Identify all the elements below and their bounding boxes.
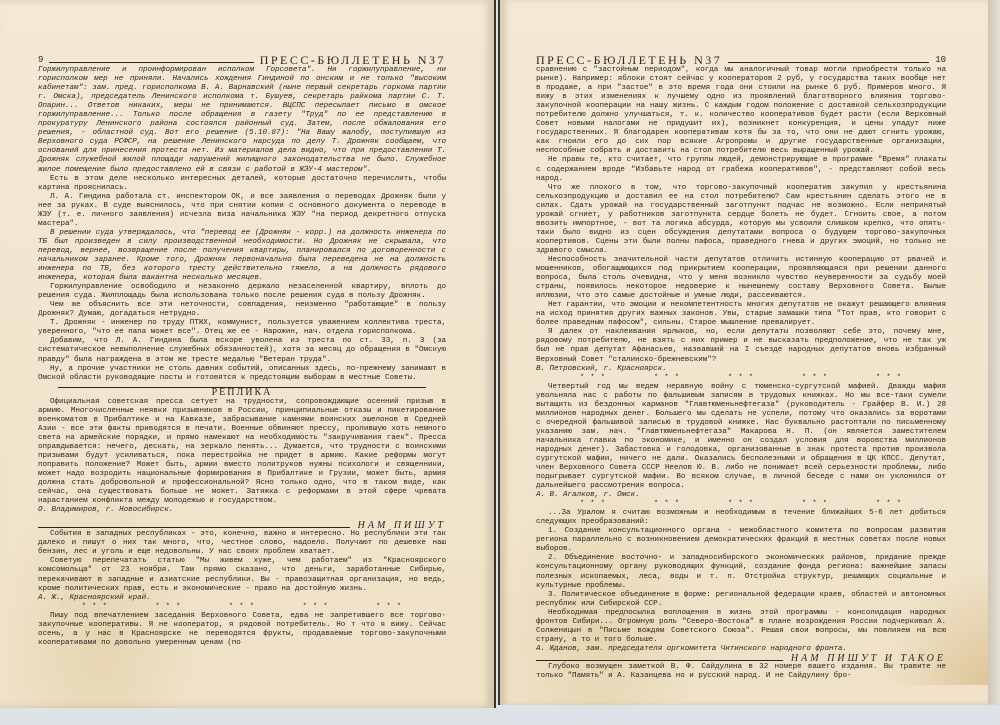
separator: * * * * * * * * * * * * * * * [536,374,946,383]
left-page-content: 9 ПРЕСС-БЮЛЛЕТЕНЬ N37 Горжилуправление и… [38,54,446,648]
heading-rule [38,527,350,528]
section-heading-nam-pishut-i-takoe: НАМ ПИШУТ И ТАКОЕ [536,654,946,663]
page-number: 9 [38,56,43,65]
paragraph: Глубоко возмущен заметкой В. Ф. Сайдулин… [536,663,946,681]
section-heading-replika: РЕПЛИКА [58,387,426,398]
paragraph: Советую перепечатать статью "Мы живем ху… [38,557,446,593]
paragraph: Что же плохого в том, что торгово-закупо… [536,184,946,256]
paragraph: Т. Дрожняк - инженер по труду ПТЖХ, комм… [38,319,446,337]
list-item: 2. Объединение восточно- и западносибирс… [536,554,946,590]
signature: А. Ж., Красноярский край. [38,594,442,603]
paragraph: Пишу под впечатлением заседания Верховно… [38,612,446,648]
paragraph: События в западных республиках - это, ко… [38,530,446,557]
section-heading-nam-pishut: НАМ ПИШУТ [38,521,446,530]
paragraph: Ну, а прочие участники не столь давних с… [38,365,446,383]
paragraph: Л. А. Гиндина работала ст. инспектором О… [38,193,446,229]
right-page-header: ПРЕСС-БЮЛЛЕТЕНЬ N37 10 [536,54,946,65]
signature: А. В. Агалков, г. Омск. [536,491,942,500]
header-rule [49,61,253,63]
paragraph: Официальная советская пресса сетует на т… [38,398,446,507]
paragraph: Четвертый год мы ведем неравную войну с … [536,383,946,492]
signature: О. Владимиров, г. Новосибирск. [38,506,442,515]
page-number: 10 [935,56,946,65]
paragraph: сравнению с "застойным периодом", когда … [536,66,946,156]
left-page: 9 ПРЕСС-БЮЛЛЕТЕНЬ N37 Горжилуправление и… [0,0,496,708]
paragraph: Горжилуправление освободило и незаконно … [38,283,446,301]
bulletin-title: ПРЕСС-БЮЛЛЕТЕНЬ N37 [536,56,722,65]
paragraph: Добавим, что Л. А. Гиндина была вскоре у… [38,337,446,364]
paragraph: В решении суда утверждалось, что "перево… [38,229,446,283]
paragraph: Нет гарантии, что эмоции и некомпетентно… [536,301,946,328]
heading-text: НАМ ПИШУТ [358,521,446,530]
right-page: ПРЕСС-БЮЛЛЕТЕНЬ N37 10 сравнению с "заст… [498,0,990,705]
list-item: 1. Создание консультационного органа - м… [536,527,946,554]
paragraph: Не правы те, кто считает, что группы люд… [536,156,946,183]
paragraph: Горжилуправление и проинформирован испол… [38,66,446,175]
paragraph: Неспособность значительной части депутат… [536,256,946,301]
heading-text: НАМ ПИШУТ И ТАКОЕ [791,654,946,663]
paragraph: ...За Уралом я считаю возможным и необхо… [536,509,946,527]
paragraph: Есть в этом деле несколько интересных де… [38,175,446,193]
paragraph: Необходимая предпосылка воплощения в жиз… [536,609,946,645]
bulletin-title: ПРЕСС-БЮЛЛЕТЕНЬ N37 [260,56,446,65]
heading-rule [536,660,783,661]
left-page-header: 9 ПРЕСС-БЮЛЛЕТЕНЬ N37 [38,54,446,65]
header-rule [728,61,929,63]
separator: * * * * * * * * * * * * * * * [536,500,946,509]
right-page-content: ПРЕСС-БЮЛЛЕТЕНЬ N37 10 сравнению с "заст… [536,54,946,681]
list-item: 3. Политическое объединение в форме: рег… [536,591,946,609]
signature: В. Петровский, г. Красноярск. [536,365,942,374]
paragraph: Я далек от наклеивания ярлыков, но, если… [536,328,946,364]
separator: * * * * * * * * * * * * * * * [38,603,446,612]
page-edge [988,0,1000,705]
paragraph: Чем же объяснить все эти неточности, сов… [38,301,446,319]
